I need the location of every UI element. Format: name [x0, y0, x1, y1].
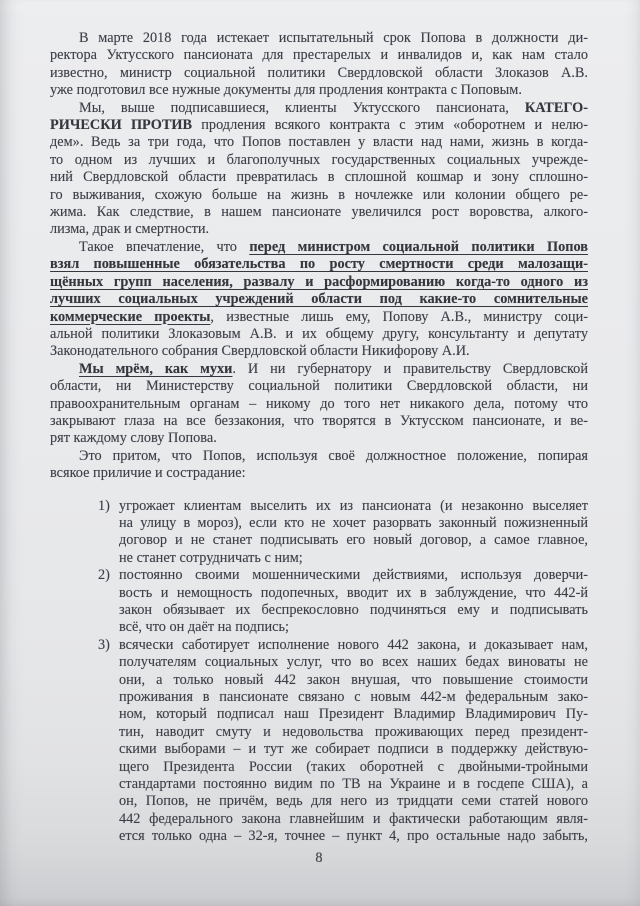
text-line: скими выборами – и тут же собирает подпи… [50, 741, 588, 758]
text-line: РИЧЕСКИ ПРОТИВ продления всякого контрак… [50, 117, 588, 134]
text-segment: Такое впечатление, что [79, 239, 249, 255]
scanned-page: В марте 2018 года истекает испытательный… [0, 0, 640, 906]
text-line: проживания в пансионате связано с новым … [50, 689, 588, 706]
text-line: вость и немощность подопечных, вводит их… [50, 585, 588, 602]
text-line: щённых групп населения, развалу и расфор… [50, 274, 588, 291]
text-segment: правоохранительным органам – никому до т… [50, 396, 588, 412]
text-segment: угрожает клиентам выселить их из пансион… [119, 498, 588, 514]
text-segment: жима. Как следствие, в нашем пансионате … [50, 204, 588, 220]
text-line: он, Попов, не причём, ведь для него из т… [50, 793, 588, 810]
text-segment: то одном из лучших и благополучных госуд… [50, 152, 588, 168]
text-line: дем». Ведь за три года, что Попов постав… [50, 134, 588, 151]
text-segment: всё, что он даёт на подпись; [119, 619, 289, 635]
text-segment: скими выборами – и тут же собирает подпи… [119, 741, 588, 757]
text-segment: они, а только новый 442 закон внушая, чт… [119, 672, 588, 688]
text-line: они, а только новый 442 закон внушая, чт… [50, 672, 588, 689]
text-line: ректора Уктусского пансионата для преста… [50, 47, 588, 64]
text-line: Это притом, что Попов, используя своё до… [50, 448, 588, 465]
list-marker: 1) [98, 498, 119, 515]
text-segment: на улицу в мороз), если кто не хочет раз… [119, 515, 588, 531]
text-line: области, ни Министерству социальной поли… [50, 378, 588, 395]
text-segment: дем». Ведь за три года, что Попов постав… [50, 134, 588, 150]
text-segment: закон обязывает их беспрекословно подчин… [119, 602, 588, 618]
text-line: ний Свердловской области превратилась в … [50, 169, 588, 186]
text-segment: получателям социальных услуг, что во все… [119, 654, 588, 670]
text-segment: коммерческие проекты [50, 309, 210, 325]
text-line: взял повышенные обязательства по росту с… [50, 256, 588, 273]
text-line: В марте 2018 года истекает испытательный… [50, 30, 588, 47]
text-segment: Мы мрём, как мухи [79, 361, 232, 377]
text-segment: продления всякого контракта с этим «обор… [192, 117, 588, 133]
text-segment: Законодательного собрания Свердловской о… [50, 343, 470, 359]
text-segment: проживания в пансионате связано с новым … [119, 689, 588, 705]
text-segment: вость и немощность подопечных, вводит их… [119, 585, 588, 601]
document-body: В марте 2018 года истекает испытательный… [50, 30, 588, 867]
text-line: альной политики Злоказовым А.В. и их общ… [50, 326, 588, 343]
text-line: рят каждому слову Попова. [50, 430, 588, 447]
text-segment: , известные лишь ему, Попову А.В., минис… [210, 309, 588, 325]
text-segment: он, Попов, не причём, ведь для него из т… [119, 793, 588, 809]
text-segment: щённых групп населения, развалу и расфор… [50, 274, 588, 290]
text-line: го выживания, схожую больше на жизнь в н… [50, 187, 588, 204]
text-segment: закрывают глаза на все беззакония, что т… [50, 413, 588, 429]
text-line: Такое впечатление, что перед министром с… [50, 239, 588, 256]
text-segment: области, ни Министерству социальной поли… [50, 378, 588, 394]
text-segment: ний Свердловской области превратилась в … [50, 169, 588, 185]
list-marker: 2) [98, 567, 119, 584]
text-segment: 442 федерального закона главнейшим и фак… [119, 811, 588, 827]
text-line: жима. Как следствие, в нашем пансионате … [50, 204, 588, 221]
text-segment: рят каждому слову Попова. [50, 430, 217, 446]
text-segment: уже подготовил все нужные документы для … [50, 82, 522, 98]
page-number: 8 [50, 850, 588, 867]
text-segment: тин, наводит смуту и недовольства прожив… [119, 724, 588, 740]
text-line: договор и не станет подписывать его новы… [50, 532, 588, 549]
document-lines: В марте 2018 года истекает испытательный… [50, 30, 588, 846]
text-line: тин, наводит смуту и недовольства прожив… [50, 724, 588, 741]
text-segment: щего Президента России (таких оборотней … [119, 759, 588, 775]
text-line: закрывают глаза на все беззакония, что т… [50, 413, 588, 430]
text-segment: . И ни губернатору и правительству Сверд… [232, 361, 588, 377]
list-item-line: 3)всячески саботирует исполнение нового … [50, 637, 588, 654]
text-line: Законодательного собрания Свердловской о… [50, 343, 588, 360]
text-segment: РИЧЕСКИ ПРОТИВ [50, 117, 192, 133]
text-line: лизма, драк и смертности. [50, 221, 588, 238]
text-line: 442 федерального закона главнейшим и фак… [50, 811, 588, 828]
text-segment: го выживания, схожую больше на жизнь в н… [50, 187, 588, 203]
text-segment: ректора Уктусского пансионата для преста… [50, 47, 588, 63]
text-segment: договор и не станет подписывать его новы… [119, 532, 588, 548]
text-line: щего Президента России (таких оборотней … [50, 759, 588, 776]
text-segment: ется только одна – 32-я, точнее – пункт … [119, 828, 588, 844]
text-segment: всякое приличие и сострадание: [50, 465, 246, 481]
text-line: ется только одна – 32-я, точнее – пункт … [50, 828, 588, 845]
text-segment: ном, который подписал наш Президент Влад… [119, 706, 588, 722]
text-line: на улицу в мороз), если кто не хочет раз… [50, 515, 588, 532]
text-segment: всячески саботирует исполнение нового 44… [119, 637, 588, 653]
text-segment: КАТЕГО- [525, 100, 588, 116]
list-marker: 3) [98, 637, 119, 654]
text-segment: взял повышенные обязательства по росту с… [50, 256, 588, 272]
text-segment: лизма, драк и смертности. [50, 221, 209, 237]
text-line: не станет сотрудничать с ним; [50, 550, 588, 567]
text-segment: не станет сотрудничать с ним; [119, 550, 303, 566]
text-segment: Мы, выше подписавшиеся, клиенты Уктусско… [79, 100, 525, 116]
text-line: лучших социальных учреждений области под… [50, 291, 588, 308]
text-line: Мы, выше подписавшиеся, клиенты Уктусско… [50, 100, 588, 117]
text-segment: стандартами постоянно видим по ТВ на Укр… [119, 776, 588, 792]
text-segment: перед министром социальной политики Попо… [249, 239, 588, 255]
text-line: закон обязывает их беспрекословно подчин… [50, 602, 588, 619]
text-line: известно, министр социальной политики Св… [50, 65, 588, 82]
text-line: всё, что он даёт на подпись; [50, 619, 588, 636]
text-line: то одном из лучших и благополучных госуд… [50, 152, 588, 169]
list-item-line: 1)угрожает клиентам выселить их из панси… [50, 498, 588, 515]
text-line: правоохранительным органам – никому до т… [50, 396, 588, 413]
text-segment: лучших социальных учреждений области под… [50, 291, 588, 307]
text-line: коммерческие проекты, известные лишь ему… [50, 309, 588, 326]
text-line: стандартами постоянно видим по ТВ на Укр… [50, 776, 588, 793]
text-segment: альной политики Злоказовым А.В. и их общ… [50, 326, 588, 342]
text-segment: В марте 2018 года истекает испытательный… [79, 30, 588, 46]
list-item-line: 2)постоянно своими мошенническими действ… [50, 567, 588, 584]
text-segment: Это притом, что Попов, используя своё до… [79, 448, 588, 464]
text-line: получателям социальных услуг, что во все… [50, 654, 588, 671]
text-line: уже подготовил все нужные документы для … [50, 82, 588, 99]
text-line: ном, который подписал наш Президент Влад… [50, 706, 588, 723]
text-segment: постоянно своими мошенническими действия… [119, 567, 588, 583]
text-segment: известно, министр социальной политики Св… [50, 65, 588, 81]
text-line: Мы мрём, как мухи. И ни губернатору и пр… [50, 361, 588, 378]
text-line: всякое приличие и сострадание: [50, 465, 588, 482]
